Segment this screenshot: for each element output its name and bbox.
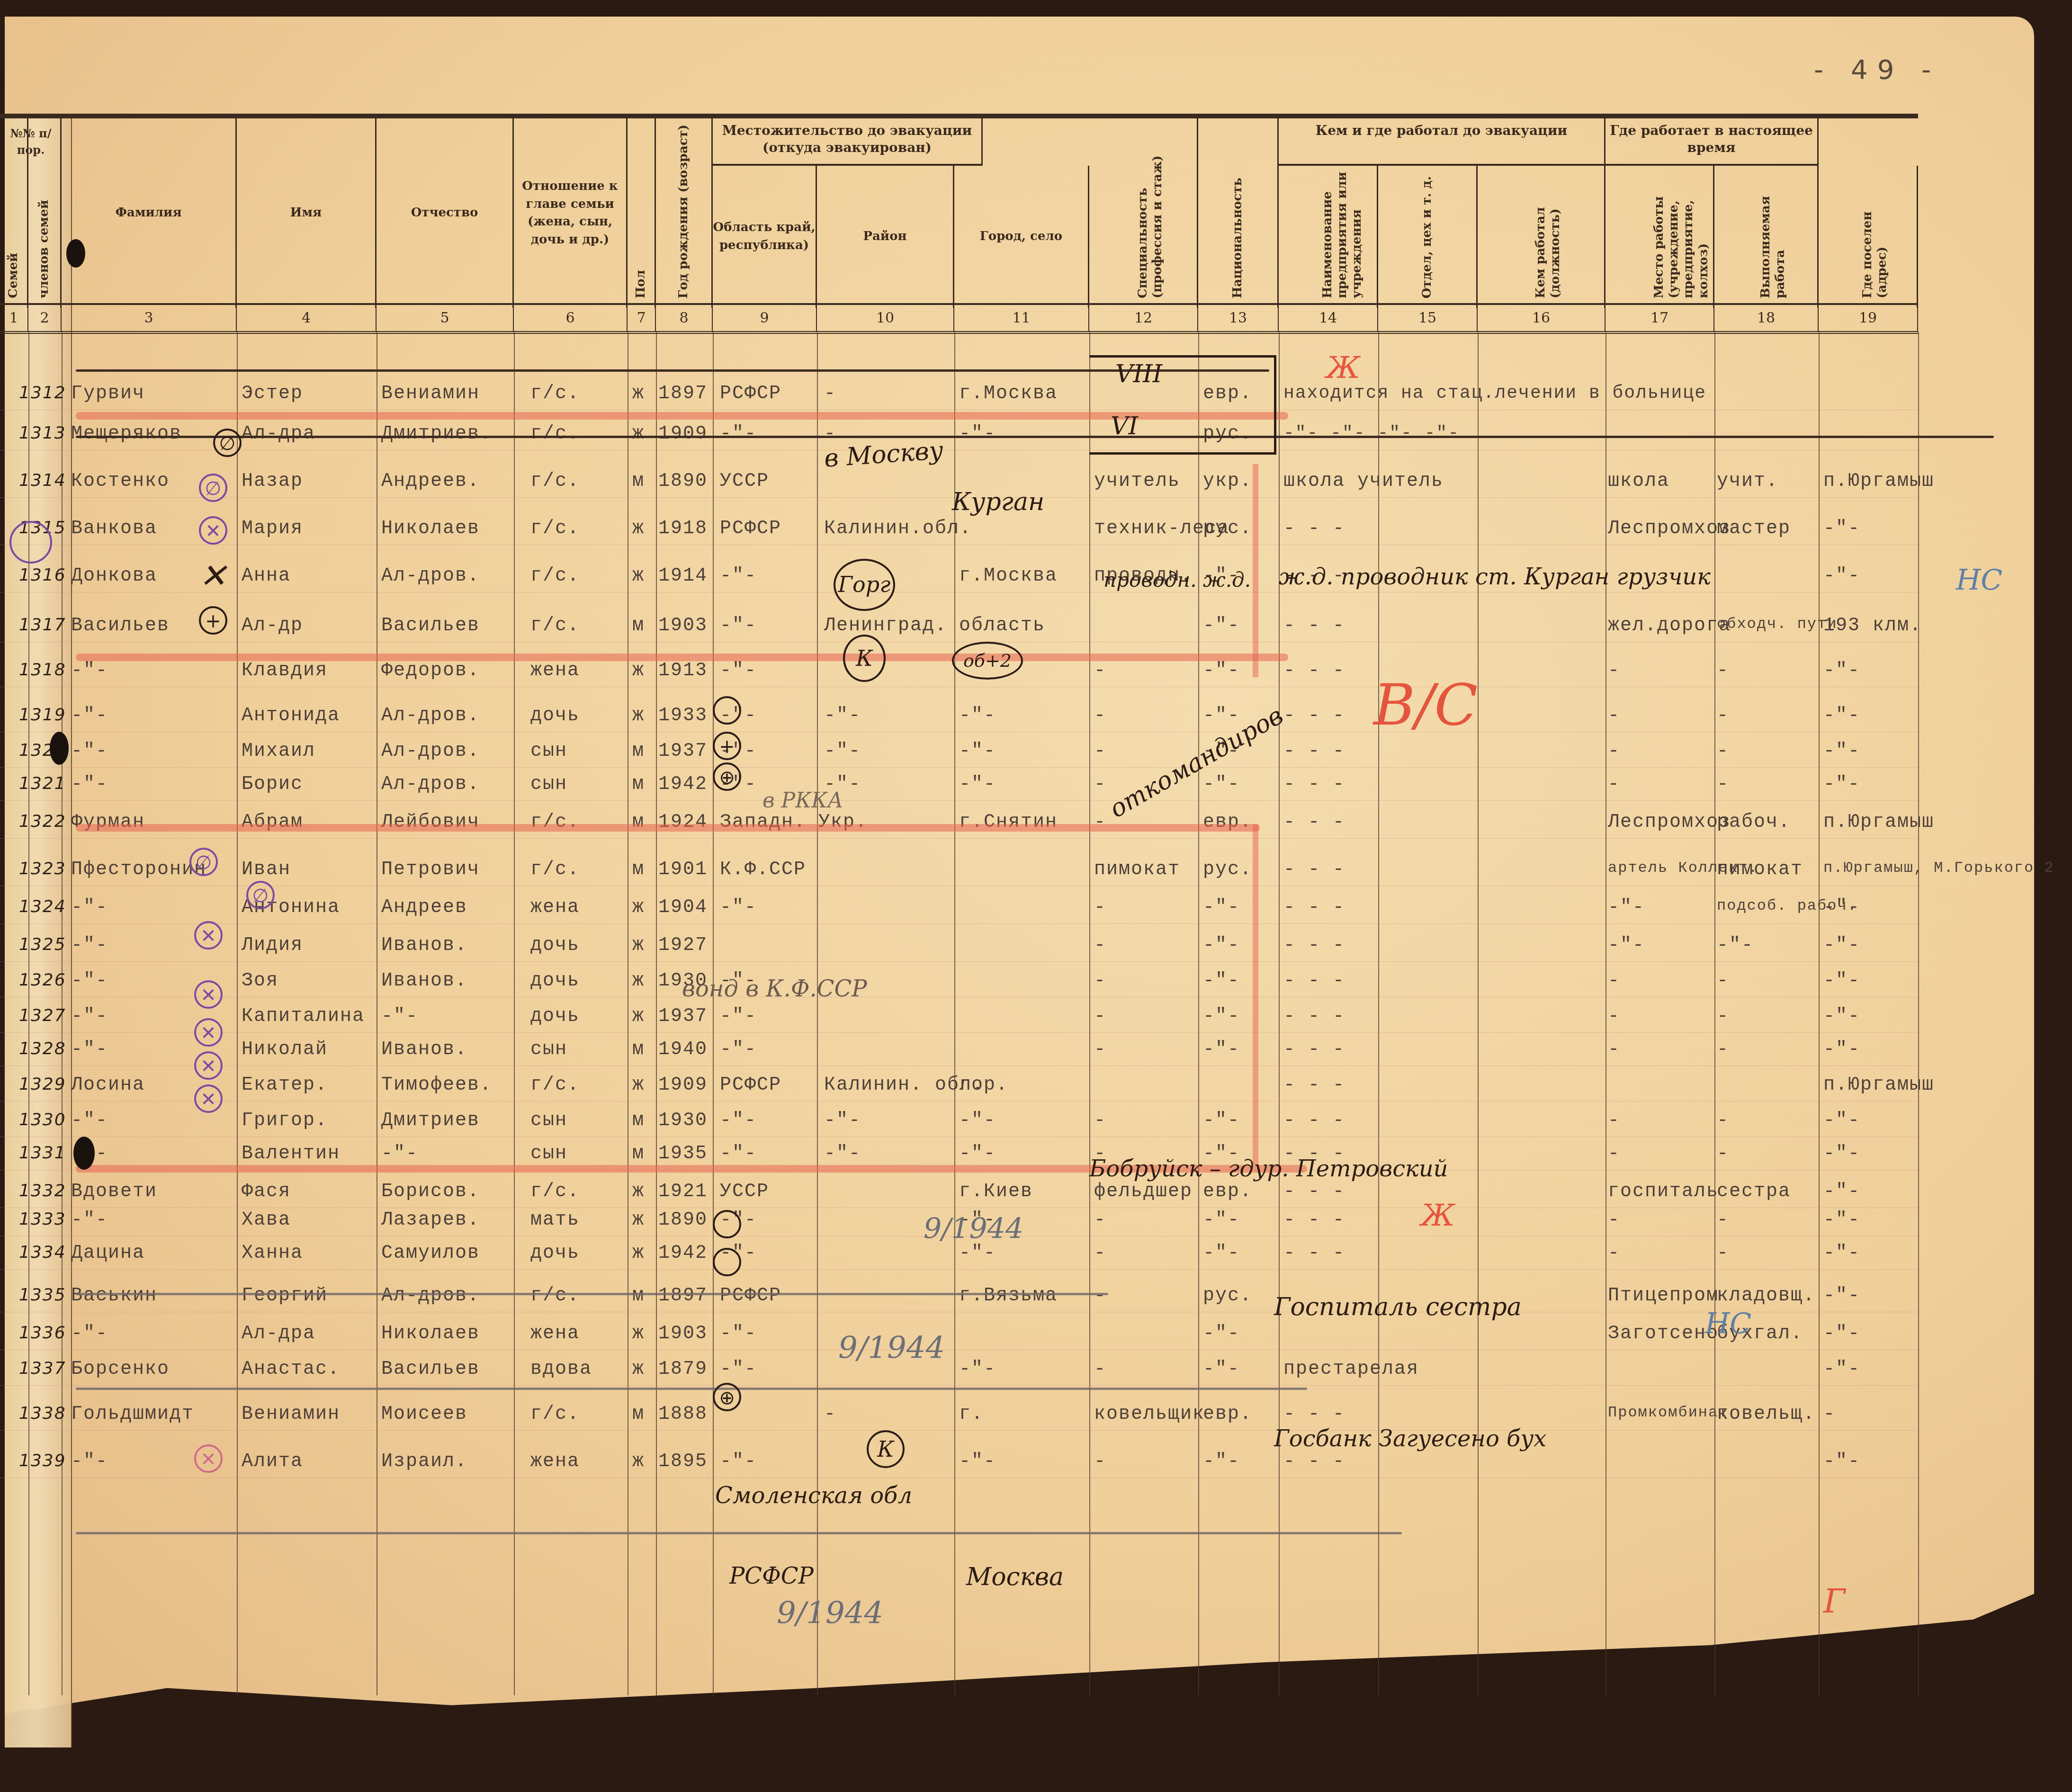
cell-address: -"- — [1823, 1006, 1860, 1027]
cell-relation: г/с. — [530, 1181, 580, 1202]
cell-work-before: - - - — [1283, 1075, 1345, 1096]
cell-name: Валентин — [242, 1143, 340, 1165]
cell-nationality: -"- — [1203, 1110, 1240, 1131]
cell-specialty: - — [1094, 1451, 1106, 1472]
cell-work-before: - - - — [1283, 774, 1345, 795]
cell-sex: м — [632, 1143, 645, 1165]
table-row: 1319-"-АнтонидаАл-дров.дочьж1933-"--"--"… — [0, 699, 1918, 732]
cell-work-before: - - - — [1283, 897, 1345, 918]
cell-specialty: - — [1094, 1006, 1106, 1027]
red-pencil-bracket — [1253, 464, 1258, 677]
cell-city: -"- — [959, 705, 996, 726]
cell-relation: сын — [530, 1039, 567, 1060]
handwritten-note: Курган — [952, 488, 1044, 516]
cell-region: -"- — [720, 615, 757, 636]
black-circle-mark: ∅ — [213, 429, 242, 457]
cell-work-role: - — [1717, 774, 1729, 795]
cell-address: п.Юргамыш — [1823, 1075, 1934, 1096]
cell-nationality: -"- — [1203, 1451, 1240, 1472]
cell-patronymic: Борисов. — [381, 1181, 480, 1202]
cell-num: 1322 — [19, 812, 66, 831]
black-circle-mark — [713, 696, 741, 725]
table-row: 1339-"-АлитаИзраил.женаж1895-"--"---"-- … — [0, 1444, 1918, 1478]
cell-patronymic: Андреев. — [381, 471, 480, 492]
violet-x-circle-mark: ✕ — [194, 1084, 223, 1113]
cell-relation: дочь — [530, 1243, 580, 1264]
cell-specialty: - — [1094, 1110, 1106, 1131]
cell-patronymic: Израил. — [381, 1451, 467, 1472]
cell-work-place: - — [1608, 1243, 1620, 1264]
column-number: 5 — [377, 305, 514, 331]
cell-specialty: - — [1094, 1285, 1106, 1307]
group-header-work-before: Кем и где работал до эвакуации — [1279, 118, 1606, 166]
cell-year: 1921 — [658, 1181, 708, 1202]
cell-sex: ж — [632, 423, 645, 445]
cell-patronymic: Петрович — [381, 859, 480, 880]
cell-name: Капиталина — [242, 1006, 365, 1027]
cell-relation: дочь — [530, 935, 580, 956]
cell-relation: мать — [530, 1210, 580, 1231]
handwritten-oval: К — [867, 1430, 905, 1468]
cell-patronymic: Ал-дров. — [381, 741, 480, 762]
black-x-mark: ✕ — [199, 556, 227, 595]
cell-city: область — [959, 615, 1045, 636]
column-number: 10 — [817, 305, 954, 331]
cell-city: -"- — [959, 1451, 996, 1472]
cell-work-before: -"- -"- -"- -"- — [1283, 423, 1460, 444]
column-header: Где поселен (адрес) — [1819, 166, 1918, 308]
cell-city: -"- — [959, 741, 996, 762]
handwritten-oval: К — [843, 635, 886, 682]
column-header: Место работы (учреждение, предприятие, к… — [1606, 166, 1714, 308]
cell-relation: жена — [530, 660, 580, 681]
cell-nationality: -"- — [1203, 774, 1240, 795]
cell-specialty: - — [1094, 1359, 1106, 1380]
violet-x-circle-mark: ✕ — [199, 516, 227, 545]
cell-surname: -"- — [71, 970, 108, 992]
cell-work-place: - — [1608, 705, 1620, 726]
cell-sex: м — [632, 1110, 645, 1131]
cell-year: 1897 — [658, 1285, 708, 1307]
cell-year: 1913 — [658, 660, 708, 681]
column-header: Отношение к главе семьи (жена, сын, дочь… — [514, 118, 628, 308]
cell-year: 1933 — [658, 705, 708, 726]
cell-work-role: ковельщ. — [1717, 1404, 1815, 1425]
table-row: 1337БорсенкоАнастас.Васильеввдоваж1879-"… — [0, 1352, 1918, 1386]
cell-region: -"- — [720, 1006, 757, 1027]
cell-city: -"- — [959, 423, 996, 445]
cell-relation: вдова — [530, 1359, 592, 1380]
cell-year: 1903 — [658, 615, 708, 636]
column-header: Фамилия — [62, 118, 237, 308]
cell-num: 1335 — [19, 1285, 66, 1305]
cell-sex: ж — [632, 1359, 645, 1380]
cell-relation: дочь — [530, 970, 580, 992]
cell-work-before: - - - — [1283, 812, 1345, 833]
cell-num: 1319 — [19, 705, 66, 725]
cell-year: 1879 — [658, 1359, 708, 1380]
cell-region: -"- — [720, 1323, 757, 1344]
cell-num: 1323 — [19, 859, 66, 878]
cell-nationality: -"- — [1203, 1006, 1240, 1027]
cell-year: 1914 — [658, 565, 708, 587]
cell-specialty: - — [1094, 935, 1106, 956]
cell-region: УССР — [720, 1181, 769, 1202]
table-row: 1322ФурманАбрамЛейбовичг/с.м1924Западн. … — [0, 805, 1918, 839]
cell-name: Екатер. — [242, 1075, 328, 1096]
cell-specialty: - — [1094, 970, 1106, 992]
cell-city: гор. — [959, 1075, 1008, 1096]
cell-region: -"- — [720, 1451, 757, 1472]
punch-hole — [73, 1137, 95, 1170]
cell-sex: ж — [632, 935, 645, 956]
cell-name: Ал-дра — [242, 423, 315, 445]
cell-work-before: - - - — [1283, 741, 1345, 762]
cell-sex: ж — [632, 897, 645, 918]
column-header: Национальность — [1198, 118, 1279, 308]
cell-nationality: -"- — [1203, 1243, 1240, 1264]
cell-work-place: - — [1608, 1110, 1620, 1131]
punch-hole — [66, 239, 85, 268]
cell-address: - — [1823, 1404, 1836, 1425]
table-row: 1326-"-ЗояИванов.дочьж1930-"---"-- - ---… — [0, 964, 1918, 997]
cell-work-place: - — [1608, 1210, 1620, 1231]
cell-work-before: - - - — [1283, 1451, 1345, 1472]
column-number: 12 — [1089, 305, 1198, 331]
column-header-label: Специальность (профессия и стаж) — [1136, 118, 1165, 298]
cell-address: -"- — [1823, 741, 1860, 762]
cell-work-role: обходч. пути — [1717, 615, 1837, 633]
cell-num: 1321 — [19, 774, 66, 793]
cell-work-role: - — [1717, 705, 1729, 726]
cell-num: 1328 — [19, 1039, 66, 1058]
cell-sex: м — [632, 1285, 645, 1307]
cell-address: -"- — [1823, 1359, 1860, 1380]
cell-district: -"- — [824, 705, 861, 726]
cell-surname: Гольдшмидт — [71, 1404, 194, 1425]
cell-sex: м — [632, 1404, 645, 1425]
cell-name: Эстер — [242, 383, 303, 404]
cell-work-before: находится на стац.лечении в больнице — [1283, 383, 1706, 403]
table-row: 1324-"-АнтонинаАндреевженаж1904-"---"-- … — [0, 890, 1918, 924]
cell-name: Мария — [242, 518, 303, 539]
cell-name: Ал-др — [242, 615, 303, 636]
cell-work-place: - — [1608, 1143, 1620, 1165]
cell-specialty: ковельщик — [1094, 1404, 1205, 1425]
header-top-rule — [0, 114, 1918, 118]
cell-district: Ленинград. — [824, 615, 947, 636]
cell-work-before: - - - — [1283, 1243, 1345, 1264]
cell-sex: ж — [632, 1243, 645, 1264]
cell-relation: г/с. — [530, 1285, 580, 1307]
cell-work-before: престарелая — [1283, 1359, 1419, 1380]
cell-city: -"- — [959, 1359, 996, 1380]
cell-surname: Пфесторонин — [71, 859, 206, 880]
handwritten-note: Ж — [1421, 1198, 1455, 1233]
cell-address: -"- — [1823, 1110, 1860, 1131]
cell-specialty: - — [1094, 1039, 1106, 1060]
cell-relation: г/с. — [530, 471, 580, 492]
cell-relation: г/с. — [530, 615, 580, 636]
cell-nationality: евр. — [1203, 1404, 1252, 1425]
cell-surname: Костенко — [71, 471, 170, 492]
cell-year: 1888 — [658, 1404, 708, 1425]
group-header-residence: Местожительство до эвакуации (откуда эва… — [713, 118, 983, 166]
column-header: Имя — [237, 118, 377, 308]
column-header: Год рождения (возраст) — [656, 118, 713, 308]
cell-name: Григор. — [242, 1110, 328, 1131]
cell-address: -"- — [1823, 1039, 1860, 1060]
cell-year: 1909 — [658, 1075, 708, 1096]
cell-patronymic: Андреев — [381, 897, 467, 918]
cell-patronymic: Вениамин — [381, 383, 480, 404]
cell-nationality: -"- — [1203, 1323, 1240, 1344]
cell-work-place: Леспромхоз — [1608, 812, 1731, 833]
cell-num: 1324 — [19, 897, 66, 916]
cell-sex: м — [632, 741, 645, 762]
cell-city: г.Москва — [959, 383, 1058, 404]
cell-surname: -"- — [71, 660, 108, 681]
handwritten-note: VIII — [1115, 360, 1162, 388]
black-cross-circle-mark: ⊕ — [713, 1383, 741, 1411]
cell-sex: ж — [632, 518, 645, 539]
column-number: 3 — [62, 305, 237, 331]
cell-specialty: - — [1094, 1243, 1106, 1264]
cell-year: 1909 — [658, 423, 708, 445]
cell-sex: ж — [632, 383, 645, 404]
column-header-label: Отдел, цех и т. д. — [1420, 176, 1435, 298]
cell-region: -"- — [720, 1110, 757, 1131]
cell-work-role: - — [1717, 741, 1729, 762]
cell-num: 1313 — [19, 423, 66, 443]
table-row: 1325-"-ЛидияИванов.дочьж1927--"-- - --"-… — [0, 928, 1918, 962]
family-separator — [76, 1388, 1307, 1390]
cell-year: 1897 — [658, 383, 708, 404]
cell-num: 1327 — [19, 1006, 66, 1025]
cell-num: 1337 — [19, 1359, 66, 1378]
pink-x-circle-mark: ✕ — [194, 1444, 223, 1473]
cell-year: 1918 — [658, 518, 708, 539]
handwritten-note: Бобруйск – гдур. Петровский — [1089, 1156, 1448, 1182]
cell-address: -"- — [1823, 1181, 1860, 1202]
cell-nationality: укр. — [1203, 471, 1252, 492]
cell-work-role: мастер — [1717, 518, 1791, 539]
column-header-label: Год рождения (возраст) — [676, 125, 691, 298]
cell-address: -"- — [1823, 1285, 1860, 1307]
cell-work-role: - — [1717, 660, 1729, 681]
cell-relation: г/с. — [530, 1075, 580, 1096]
handwritten-note: проводн. ж.д. — [1103, 568, 1251, 591]
cell-nationality: рус. — [1203, 1285, 1252, 1307]
column-header: Наименование предприятия или учреждения — [1279, 166, 1378, 308]
cell-work-before: - - - — [1283, 660, 1345, 681]
cell-work-before: - - - — [1283, 970, 1345, 992]
table-row: 1338ГольдшмидтВениаминМоисеевг/с.м1888-г… — [0, 1397, 1918, 1431]
cell-num: 1318 — [19, 660, 66, 680]
cell-sex: ж — [632, 705, 645, 726]
family-separator — [76, 1532, 1402, 1534]
column-header: Выполняемая работа — [1714, 166, 1819, 308]
cell-address: -"- — [1823, 774, 1860, 795]
cell-num: 1325 — [19, 935, 66, 954]
column-header-label: Отчество — [377, 204, 512, 222]
cell-sex: ж — [632, 1075, 645, 1096]
family-separator — [76, 1293, 1108, 1295]
cell-num: 1329 — [19, 1075, 66, 1094]
column-header-label: Отношение к главе семьи (жена, сын, дочь… — [514, 178, 626, 249]
handwritten-note: вонд в К.Ф.ССР — [682, 976, 867, 1002]
cell-address: п.Юргамыш — [1823, 471, 1934, 492]
cell-address: -"- — [1823, 935, 1860, 956]
red-pencil-separator — [76, 654, 1288, 661]
handwritten-note: РСФСР — [729, 1563, 814, 1589]
cell-nationality: -"- — [1203, 1210, 1240, 1231]
cell-relation: г/с. — [530, 383, 580, 404]
cell-work-place: - — [1608, 1039, 1620, 1060]
cell-work-role: сестра — [1717, 1181, 1791, 1202]
cell-surname: -"- — [71, 1210, 108, 1231]
cell-nationality: -"- — [1203, 1359, 1240, 1380]
cell-city: -"- — [959, 1243, 996, 1264]
cell-work-before: - - - — [1283, 518, 1345, 539]
black-circle-mark — [713, 1248, 741, 1276]
column-header-label: Фамилия — [62, 204, 235, 222]
handwritten-note: Ж — [1326, 350, 1360, 385]
handwritten-note: НС — [1705, 1307, 1751, 1340]
column-header: Пол — [628, 118, 656, 308]
cell-surname: -"- — [71, 1110, 108, 1131]
cell-name: Анастас. — [242, 1359, 340, 1380]
cell-address: -"- — [1823, 1451, 1860, 1472]
cell-patronymic: Ал-дров. — [381, 705, 480, 726]
violet-x-circle-mark: ✕ — [194, 921, 223, 950]
cell-patronymic: Иванов. — [381, 935, 467, 956]
cell-region: -"- — [720, 1039, 757, 1060]
cell-nationality: -"- — [1203, 660, 1240, 681]
cell-patronymic: Лазарев. — [381, 1210, 480, 1231]
column-header: Область край, республика) — [713, 166, 817, 308]
cell-name: Вениамин — [242, 1404, 340, 1425]
column-header-label: Где поселен (адрес) — [1860, 166, 1890, 298]
cell-surname: -"- — [71, 1006, 108, 1027]
cell-region: РСФСР — [720, 1285, 781, 1307]
cell-address: -"- — [1823, 970, 1860, 992]
cell-work-place: - — [1608, 741, 1620, 762]
cell-surname: -"- — [71, 1323, 108, 1344]
cell-sex: ж — [632, 1210, 645, 1231]
cell-year: 1935 — [658, 1143, 708, 1165]
handwritten-note: ж.д. проводник ст. Курган грузчик — [1279, 564, 1711, 590]
handwritten-note: Москва — [966, 1563, 1064, 1591]
violet-null-mark: ∅ — [199, 474, 227, 502]
cell-patronymic: Моисеев — [381, 1404, 467, 1425]
cell-nationality: -"- — [1203, 1039, 1240, 1060]
cell-sex: м — [632, 859, 645, 880]
cell-name: Назар — [242, 471, 303, 492]
cell-patronymic: -"- — [381, 1006, 418, 1027]
cell-patronymic: Самуилов — [381, 1243, 480, 1264]
cell-num: 1314 — [19, 471, 66, 490]
cell-patronymic: Николаев — [381, 518, 480, 539]
cell-name: Иван — [242, 859, 291, 880]
cell-sex: ж — [632, 1451, 645, 1472]
handwritten-note: Г — [1823, 1582, 1845, 1621]
cell-specialty: учитель — [1094, 471, 1180, 492]
table-row: 1315ВанковаМарияНиколаевг/с.ж1918РСФСРКа… — [0, 511, 1918, 545]
cell-name: Лидия — [242, 935, 303, 956]
cell-address: -"- — [1823, 1243, 1860, 1264]
cell-work-place: Заготсено — [1608, 1323, 1719, 1344]
cell-num: 1326 — [19, 970, 66, 990]
cell-region: -"- — [720, 565, 757, 587]
cell-surname: Васькин — [71, 1285, 157, 1307]
column-number: 8 — [656, 305, 713, 331]
cell-name: Николай — [242, 1039, 328, 1060]
cell-region: -"- — [720, 423, 757, 445]
cell-num: 1339 — [19, 1451, 66, 1470]
violet-number-circle — [9, 521, 52, 564]
cell-surname: Васильев — [71, 615, 170, 636]
cell-sex: ж — [632, 1323, 645, 1344]
cell-work-before: - - - — [1283, 1110, 1345, 1131]
cell-address: п.Юргамыш, М.Горького 2 — [1823, 859, 2054, 877]
cell-work-role: пимокат — [1717, 859, 1803, 880]
red-pencil-separator — [76, 824, 1260, 832]
cell-year: 1895 — [658, 1451, 708, 1472]
family-separator — [76, 436, 1994, 438]
cell-work-before: - - - — [1283, 1039, 1345, 1060]
cell-work-place: госпиталь — [1608, 1181, 1719, 1202]
violet-null-mark: ∅ — [189, 848, 218, 876]
handwritten-note: 9/1944 — [838, 1331, 945, 1366]
cell-patronymic: Федоров. — [381, 660, 480, 681]
column-header: Отдел, цех и т. д. — [1378, 166, 1478, 308]
cell-patronymic: Дмитриев. — [381, 423, 492, 445]
column-header-label: Наименование предприятия или учреждения — [1320, 166, 1365, 298]
column-header-label: Город, село — [954, 228, 1088, 246]
cell-work-role: кладовщ. — [1717, 1285, 1815, 1307]
cell-patronymic: Васильев — [381, 1359, 480, 1380]
cell-work-place: - — [1608, 1006, 1620, 1027]
cell-relation: сын — [530, 774, 567, 795]
cell-work-role: - — [1717, 1006, 1729, 1027]
column-number: 14 — [1279, 305, 1378, 331]
column-number: 9 — [713, 305, 817, 331]
cell-nationality: евр. — [1203, 1181, 1252, 1202]
cell-num: 1333 — [19, 1210, 66, 1229]
cell-district: Калинин.обл. — [824, 518, 972, 539]
cell-work-place: - — [1608, 970, 1620, 992]
cell-surname: -"- — [71, 1451, 108, 1472]
cell-district: - — [824, 383, 836, 404]
cell-num: 1331 — [19, 1143, 66, 1163]
cell-work-role: учит. — [1717, 471, 1778, 492]
cell-region: -"- — [720, 1143, 757, 1165]
cell-district: - — [824, 1404, 836, 1425]
column-header: Отчество — [377, 118, 514, 308]
cell-work-place: Леспромхоз — [1608, 518, 1731, 539]
column-number: 17 — [1606, 305, 1714, 331]
cell-work-place: жел.дорога — [1608, 615, 1731, 636]
cell-surname: Лосина — [71, 1075, 145, 1096]
cell-region: -"- — [720, 660, 757, 681]
cell-work-place: Промкомбинат — [1608, 1404, 1728, 1421]
cell-work-before: - - - — [1283, 859, 1345, 880]
red-pencil-bracket — [1253, 824, 1258, 1165]
column-header: Район — [817, 166, 954, 308]
cell-work-role: - — [1717, 970, 1729, 992]
cell-year: 1901 — [658, 859, 708, 880]
